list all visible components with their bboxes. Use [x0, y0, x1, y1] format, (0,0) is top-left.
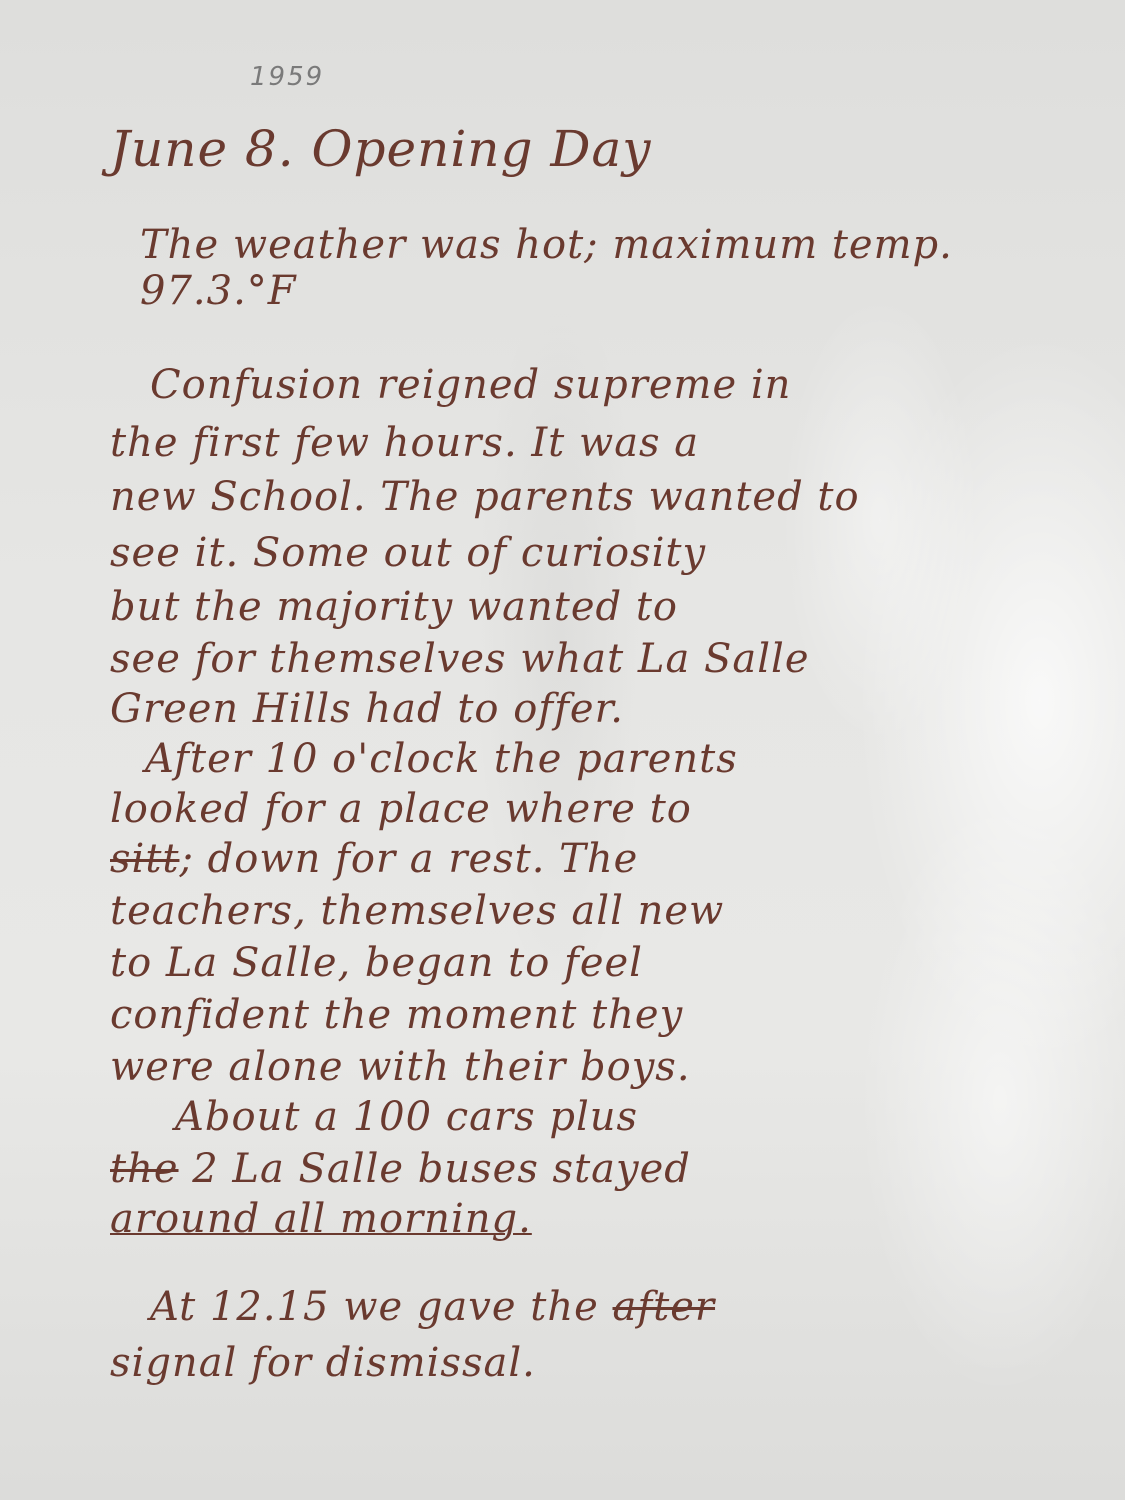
text-line: see for themselves what La Salle: [110, 636, 810, 682]
text-line: 97.3.°F: [140, 268, 297, 314]
text-line: teachers, themselves all new: [110, 888, 724, 934]
line-text: ; down for a rest. The: [179, 836, 638, 882]
text-line: The weather was hot; maximum temp.: [140, 222, 953, 268]
text-line: to La Salle, began to feel: [110, 940, 643, 986]
line-text: At 12.15 we gave the: [150, 1284, 599, 1330]
text-line: confident the moment they: [110, 992, 683, 1038]
text-line: new School. The parents wanted to: [110, 474, 860, 520]
text-line: looked for a place where to: [110, 786, 692, 832]
text-line: At 12.15 we gave the after: [150, 1284, 715, 1330]
line-text: 2 La Salle buses stayed: [192, 1146, 691, 1192]
text-line: Confusion reigned supreme in: [150, 362, 791, 408]
struck-word: sitt: [110, 836, 179, 882]
text-line: About a 100 cars plus: [175, 1094, 638, 1140]
year-annotation: 1959: [250, 62, 324, 92]
entry-heading: June 8. Opening Day: [110, 120, 652, 178]
text-line: see it. Some out of curiosity: [110, 530, 706, 576]
struck-word: after: [613, 1284, 716, 1330]
text-line: were alone with their boys.: [110, 1044, 691, 1090]
text-line: Green Hills had to offer.: [110, 686, 624, 732]
text-line: After 10 o'clock the parents: [145, 736, 738, 782]
text-line: around all morning.: [110, 1196, 532, 1242]
text-line: signal for dismissal.: [110, 1340, 536, 1386]
struck-word: the: [110, 1146, 179, 1192]
text-line: but the majority wanted to: [110, 584, 678, 630]
text-line: the 2 La Salle buses stayed: [110, 1146, 691, 1192]
text-line: sitt; down for a rest. The: [110, 836, 638, 882]
text-line: the first few hours. It was a: [110, 420, 699, 466]
